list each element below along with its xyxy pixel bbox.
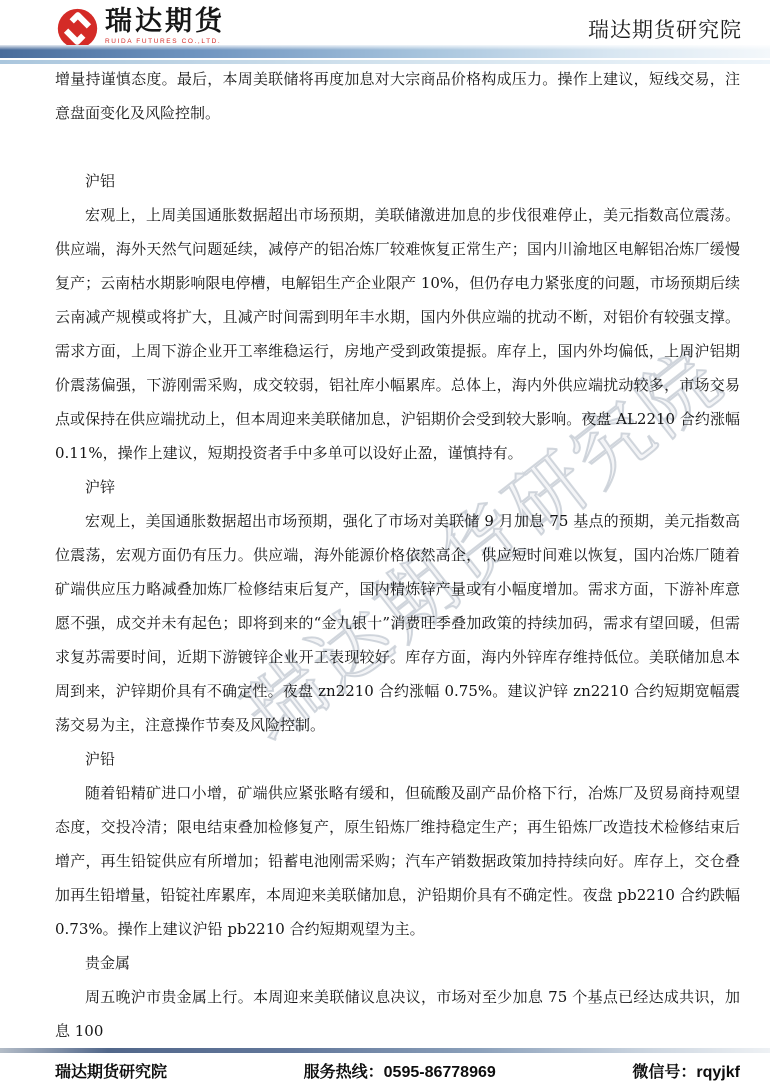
footer-hotline-label: 服务热线： [304,1064,384,1081]
section-heading-hulv: 沪铝 [55,164,740,198]
footer-wechat-label: 微信号： [632,1064,696,1081]
footer-hotline-number: 0595-86778969 [384,1064,496,1081]
section-body-huxin: 宏观上，美国通胀数据超出市场预期，强化了市场对美联储 9 月加息 75 基点的预… [55,504,740,742]
section-heading-huqian: 沪铅 [55,742,740,776]
footer-wechat-id: rqyjkf [696,1064,740,1081]
footer-wechat: 微信号：rqyjkf [632,1059,740,1082]
header-divider-bar [0,45,770,58]
header-institute-title: 瑞达期货研究院 [588,14,742,44]
footer-institute: 瑞达期货研究院 [55,1059,167,1082]
intro-paragraph: 增量持谨慎态度。最后，本周美联储将再度加息对大宗商品价格构成压力。操作上建议，短… [55,62,740,130]
section-body-guijinshu: 周五晚沪市贵金属上行。本周迎来美联储议息决议，市场对至少加息 75 个基点已经达… [55,980,740,1048]
brand-name-en: RUIDA FUTURES CO.,LTD. [105,38,225,45]
section-body-hulv: 宏观上，上周美国通胀数据超出市场预期，美联储激进加息的步伐很难停止，美元指数高位… [55,198,740,470]
section-body-huqian: 随着铅精矿进口小增，矿端供应紧张略有缓和，但硫酸及副产品价格下行，冶炼厂及贸易商… [55,776,740,946]
footer: 瑞达期货研究院 服务热线：0595-86778969 微信号：rqyjkf [55,1059,740,1082]
footer-hotline: 服务热线：0595-86778969 [304,1059,496,1082]
section-heading-guijinshu: 贵金属 [55,946,740,980]
report-body: 增量持谨慎态度。最后，本周美联储将再度加息对大宗商品价格构成压力。操作上建议，短… [55,62,740,1048]
brand-name-cn: 瑞达期货 [105,6,225,36]
section-heading-huxin: 沪锌 [55,470,740,504]
report-page: 瑞达期货 RUIDA FUTURES CO.,LTD. 瑞达期货研究院 瑞达期货… [0,0,770,1089]
logo-text-block: 瑞达期货 RUIDA FUTURES CO.,LTD. [105,6,225,45]
footer-divider-bar [0,1048,770,1053]
